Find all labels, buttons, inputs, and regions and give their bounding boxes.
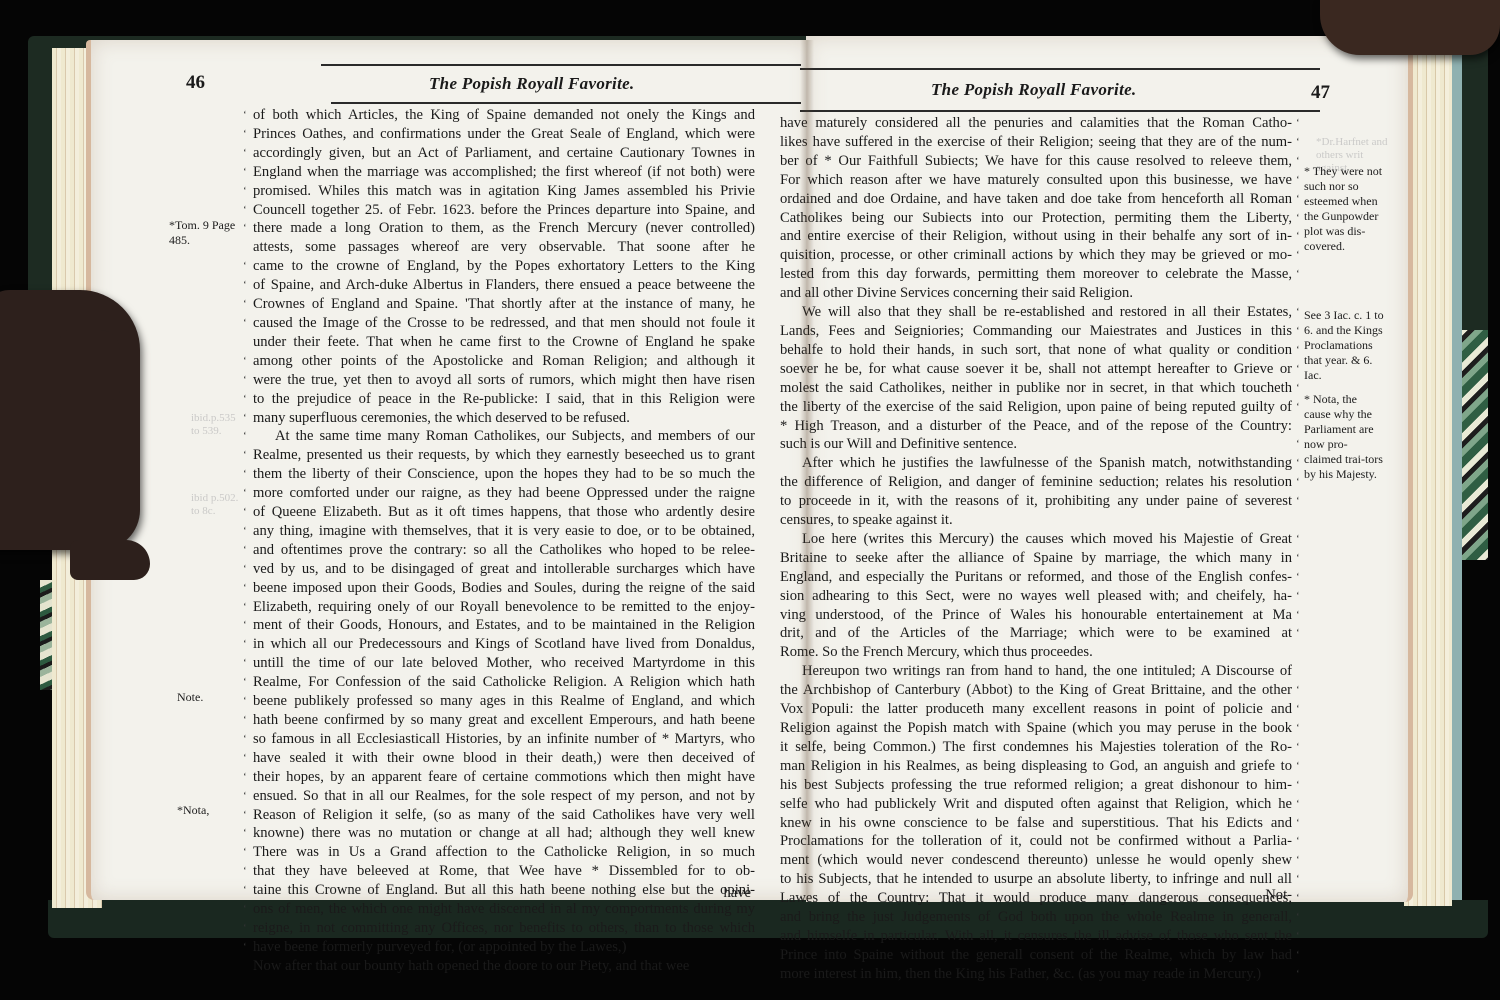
quote-mark (1296, 284, 1300, 303)
text-line: Now after that our bounty hath opened th… (253, 957, 755, 976)
quote-mark (1296, 417, 1300, 436)
text-line: have sealed it with their owne blood in … (253, 749, 755, 768)
text-line: Catholikes being our Subiects into our P… (780, 209, 1292, 228)
quote-mark: ‘ (1296, 322, 1300, 341)
quote-mark: ‘ (1296, 568, 1300, 587)
quote-mark: ‘ (243, 352, 247, 371)
quote-mark: ‘ (243, 371, 247, 390)
quote-mark (1296, 511, 1300, 530)
quote-mark: ‘ (243, 768, 247, 787)
quote-mark: ‘ (1296, 889, 1300, 908)
quote-mark: ‘ (1296, 398, 1300, 417)
quote-mark: ‘ (1296, 870, 1300, 889)
text-line: reigne, in not committing any Offices, n… (253, 919, 755, 938)
text-line: Hereupon two writings ran from hand to h… (780, 662, 1292, 681)
quote-mark: ‘ (243, 749, 247, 768)
text-line: have maturely considered all the penurie… (780, 114, 1292, 133)
quote-mark: ‘ (243, 427, 247, 446)
show-through-text: ibid p.502.to 8c. (191, 492, 238, 518)
text-line: to the prejudice of peace in the Re-publ… (253, 390, 755, 409)
text-line: Lawes of the Country: That it would prod… (780, 889, 1292, 908)
text-line: caused the Image of the Crosse to be red… (253, 314, 755, 333)
quote-mark: ‘ (1296, 171, 1300, 190)
text-line: Britaine to seeke after the alliance of … (780, 549, 1292, 568)
text-line: the liberty of the exercise of the said … (780, 398, 1292, 417)
flyleaf-right (1452, 40, 1462, 900)
text-line: untill the time of our late beloved Moth… (253, 654, 755, 673)
quote-mark: ‘ (243, 106, 247, 125)
quote-mark: ‘ (243, 862, 247, 881)
quote-mark: ‘ (243, 257, 247, 276)
quote-mark: ‘ (1296, 341, 1300, 360)
quote-mark: ‘ (243, 711, 247, 730)
quote-mark: ‘ (1296, 908, 1300, 927)
text-line: Realme, presented us their requests, by … (253, 446, 755, 465)
quote-mark (243, 957, 247, 976)
text-line: so famous in all Ecclesiasticall Histori… (253, 730, 755, 749)
quote-mark: ‘ (243, 125, 247, 144)
text-line: Princes Oathes, and confirmations under … (253, 125, 755, 144)
quote-mark: ‘ (1296, 209, 1300, 228)
text-line: ment (which would never condescend there… (780, 851, 1292, 870)
quote-mark: ‘ (1296, 681, 1300, 700)
text-line: sion adhearing to this Sect, were no way… (780, 587, 1292, 606)
quote-mark: ‘ (243, 673, 247, 692)
quote-mark: ‘ (243, 824, 247, 843)
quote-mark: ‘ (1296, 246, 1300, 265)
quote-mark: ‘ (1296, 814, 1300, 833)
book-clip-left-tab (70, 540, 150, 580)
text-line: At the same time many Roman Catholikes, … (253, 427, 755, 446)
text-line: ensued. So that in all our Realmes, for … (253, 787, 755, 806)
text-line: were the true, yet then to avoyd all sor… (253, 371, 755, 390)
margin-note: * Nota, the cause why the Parliament are… (1304, 392, 1384, 482)
text-line: Prince into Spaine without the generall … (780, 946, 1292, 965)
running-head: The Popish Royall Favorite. (429, 74, 634, 94)
quote-mark: ‘ (1296, 190, 1300, 209)
text-line: Reason of Religion it selfe, (so as many… (253, 806, 755, 825)
text-line: that they have beleeved at Rome, that We… (253, 862, 755, 881)
text-line: ving understood, of the Prince of Wales … (780, 606, 1292, 625)
text-line: and oftentimes prove the contrary: so al… (253, 541, 755, 560)
text-line: more comforted under our raigne, as they… (253, 484, 755, 503)
quote-mark: ‘ (1296, 851, 1300, 870)
quote-mark: ‘ (243, 295, 247, 314)
text-line: behalfe to hold their hands, in such sor… (780, 341, 1292, 360)
text-line: came to the crowne of England, by the Po… (253, 257, 755, 276)
margin-note: *Tom. 9 Page 485. (169, 218, 249, 248)
text-line: knew in his owne conscience to be false … (780, 814, 1292, 833)
quote-mark: ‘ (1296, 606, 1300, 625)
text-line: molest the said Catholikes, neither in p… (780, 379, 1292, 398)
left-page: 46 The Popish Royall Favorite. ‘‘‘‘‘‘‘ ‘… (86, 40, 811, 900)
quote-mark: ‘ (1296, 492, 1300, 511)
text-line: them the liberty of their Conscience, up… (253, 465, 755, 484)
text-line: to his Subjects, that he intended to usu… (780, 870, 1292, 889)
quote-mark: ‘ (243, 409, 247, 428)
text-line: lested from this day forwards, permittin… (780, 265, 1292, 284)
book-clip-left-tab (60, 330, 120, 400)
text-line: drit, and of the Articles of the Marriag… (780, 624, 1292, 643)
quote-mark: ‘ (1296, 379, 1300, 398)
text-line: taine this Crowne of England. But all th… (253, 881, 755, 900)
quote-mark: ‘ (243, 635, 247, 654)
text-line: to proceede in it, with the reasons of i… (780, 492, 1292, 511)
quote-mark: ‘ (1296, 360, 1300, 379)
text-line: and bring the just Judgements of God bot… (780, 908, 1292, 927)
quote-mark: ‘ (243, 522, 247, 541)
quote-mark: ‘ (243, 843, 247, 862)
quote-mark: ‘ (243, 484, 247, 503)
right-page: The Popish Royall Favorite. 47 have matu… (806, 36, 1413, 902)
quote-mark: ‘ (1296, 152, 1300, 171)
quote-mark (1296, 662, 1300, 681)
text-line: We will also that they shall be re-estab… (780, 303, 1292, 322)
header-rule-bottom (800, 110, 1320, 112)
margin-note: *Nota, (177, 803, 237, 818)
quote-mark: ‘ (1296, 133, 1300, 152)
quote-mark: ‘ (1296, 624, 1300, 643)
text-line: such is our Will and Definitive sentence… (780, 435, 1292, 454)
text-line: Proclamations for the tolleration of it,… (780, 832, 1292, 851)
text-line: Realme, For Confession of the said Catho… (253, 673, 755, 692)
text-line: censures, to speake against it. (780, 511, 1292, 530)
text-line: Rome. So the French Mercury, which thus … (780, 643, 1292, 662)
quote-mark: ‘ (1296, 265, 1300, 284)
quote-mark: ‘ (243, 144, 247, 163)
text-line: After which he justifies the lawfulnesse… (780, 454, 1292, 473)
quote-mark: ‘ (243, 446, 247, 465)
quote-mark: ‘ (1296, 549, 1300, 568)
quote-mark: ‘ (243, 541, 247, 560)
page-number: 47 (1311, 82, 1330, 104)
quote-mark: ‘ (243, 560, 247, 579)
text-line: and all other Divine Services concerning… (780, 284, 1292, 303)
quote-mark: ‘ (243, 787, 247, 806)
left-page-body: of both which Articles, the King of Spai… (253, 106, 755, 976)
text-line: many superfluous ceremonies, the which d… (253, 409, 755, 428)
show-through-text: ibid.p.535to 539. (191, 412, 236, 438)
quote-mark: ‘ (1296, 927, 1300, 946)
quote-mark: ‘ (1296, 719, 1300, 738)
quote-mark: ‘ (243, 314, 247, 333)
text-line: their hopes, by an apparent feare of cer… (253, 768, 755, 787)
header-rule-top (800, 68, 1320, 70)
quote-mark: ‘ (1296, 303, 1300, 322)
text-line: There was in Us a Grand affection to the… (253, 843, 755, 862)
text-line: promised. Whiles this match was in agita… (253, 182, 755, 201)
book-clip-left (0, 290, 140, 550)
text-line: under their feete. That when he came fir… (253, 333, 755, 352)
quote-mark: ‘ (243, 806, 247, 825)
quote-mark: ‘ (243, 201, 247, 220)
header-rule-bottom (331, 102, 801, 104)
quote-mark: ‘ (1296, 757, 1300, 776)
text-line: beene imposed upon their Goods, Bodies a… (253, 579, 755, 598)
right-page-body: have maturely considered all the penurie… (780, 114, 1292, 984)
quote-mark: ‘ (1296, 530, 1300, 549)
quote-mark: ‘ (1296, 738, 1300, 757)
text-line: England, and especially the Puritans or … (780, 568, 1292, 587)
text-line: Councell together 25. of Febr. 1623. bef… (253, 201, 755, 220)
running-head: The Popish Royall Favorite. (931, 80, 1136, 100)
text-line: Elizabeth, requiring onely of our Royall… (253, 598, 755, 617)
quote-mark: ‘ (1296, 227, 1300, 246)
margin-note: * They were not such nor so esteemed whe… (1304, 164, 1384, 254)
text-line: Vox Populi: the latter produceth many ex… (780, 700, 1292, 719)
quote-mark: ‘ (243, 503, 247, 522)
text-line: his best Subjects professing the true re… (780, 776, 1292, 795)
text-line: attests, some passages whereof are very … (253, 238, 755, 257)
text-line: have beene formerly purveyed for, (or ap… (253, 938, 755, 957)
quote-mark: ‘ (243, 730, 247, 749)
text-line: selfe who had publickely Writ and disput… (780, 795, 1292, 814)
quote-mark: ‘ (243, 881, 247, 900)
text-line: Religion against the Popish match with S… (780, 719, 1292, 738)
text-line: ordained and doe Ordaine, and have taken… (780, 190, 1292, 209)
quote-mark: ‘ (1296, 965, 1300, 984)
quote-mark: ‘ (1296, 946, 1300, 965)
quote-mark: ‘ (243, 598, 247, 617)
quote-mark: ‘ (243, 919, 247, 938)
text-line: knowne) there was no mutation or change … (253, 824, 755, 843)
quote-mark: ‘ (1296, 435, 1300, 454)
text-line: For which reason after we have maturely … (780, 171, 1292, 190)
quotation-marks-column: ‘‘‘‘‘‘‘‘‘ ‘‘‘‘‘‘ ‘‘‘‘ ‘‘‘‘‘‘ ‘‘‘‘‘‘‘‘‘‘‘… (1296, 114, 1300, 984)
text-line: more interest in him, then the King his … (780, 965, 1292, 984)
book-gutter (800, 40, 814, 900)
text-line: soever he be, for what cause soever it b… (780, 360, 1292, 379)
text-line: of both which Articles, the King of Spai… (253, 106, 755, 125)
text-line: any thing, imagine with themselves, that… (253, 522, 755, 541)
text-line: and himselfe in particular. With all, it… (780, 927, 1292, 946)
text-line: ved by us, and to be disingaged of great… (253, 560, 755, 579)
text-line: ber of * Our Faithfull Subiects; We have… (780, 152, 1292, 171)
quote-mark: ‘ (1296, 700, 1300, 719)
text-line: hath beene confirmed by so many great an… (253, 711, 755, 730)
text-line: the difference of Religion, and danger o… (780, 473, 1292, 492)
quote-mark: ‘ (243, 616, 247, 635)
text-line: the Archbishop of Canterbury (Abbot) to … (780, 681, 1292, 700)
text-line: Crownes of England and Spaine. 'That sho… (253, 295, 755, 314)
quote-mark: ‘ (243, 938, 247, 957)
quote-mark: ‘ (1296, 587, 1300, 606)
text-line: quisition, processe, or other criminall … (780, 246, 1292, 265)
quote-mark: ‘ (243, 390, 247, 409)
text-line: of Spaine, and Arch-duke Albertus in Fla… (253, 276, 755, 295)
quote-mark: ‘ (243, 276, 247, 295)
quote-mark: ‘ (243, 465, 247, 484)
text-line: there made a long Oration to them, as th… (253, 219, 755, 238)
quote-mark: ‘ (1296, 114, 1300, 133)
quote-mark: ‘ (243, 579, 247, 598)
text-line: ons of men, the which one might have dis… (253, 900, 755, 919)
text-line: beene publikely professed so many ages i… (253, 692, 755, 711)
header-rule-top (321, 64, 801, 66)
text-line: Lands, Fees and Seigniories; Commanding … (780, 322, 1292, 341)
quote-mark: ‘ (243, 182, 247, 201)
text-line: of Queene Elizabeth. But as it oft times… (253, 503, 755, 522)
page-number: 46 (186, 72, 205, 94)
quote-mark: ‘ (1296, 473, 1300, 492)
text-line: and entire exercise of their Religion, w… (780, 227, 1292, 246)
text-line: accordingly given, but an Act of Parliam… (253, 144, 755, 163)
text-line: it selfe, being Common.) The first conde… (780, 738, 1292, 757)
text-line: ment of their Goods, Honours, and Estate… (253, 616, 755, 635)
text-line: England when the marriage was accomplish… (253, 163, 755, 182)
quote-mark: ‘ (243, 654, 247, 673)
quote-mark (1296, 643, 1300, 662)
quote-mark: ‘ (243, 900, 247, 919)
text-line: in which all our Predecessours and Kings… (253, 635, 755, 654)
quote-mark: ‘ (243, 163, 247, 182)
text-line: * High Treason, and a disturber of the P… (780, 417, 1292, 436)
catchword: Not- (1242, 886, 1292, 905)
quote-mark: ‘ (1296, 795, 1300, 814)
margin-note: Note. (177, 690, 237, 705)
text-line: Loe here (writes this Mercury) the cause… (780, 530, 1292, 549)
text-line: among other points of the Apostolicke an… (253, 352, 755, 371)
text-line: likes have suffered in the exercise of t… (780, 133, 1292, 152)
quote-mark: ‘ (1296, 776, 1300, 795)
quote-mark: ‘ (1296, 454, 1300, 473)
margin-note: See 3 Iac. c. 1 to 6. and the Kings Proc… (1304, 308, 1384, 383)
quote-mark: ‘ (1296, 832, 1300, 851)
quote-mark: ‘ (243, 692, 247, 711)
text-line: man Religion in his Realmes, as being di… (780, 757, 1292, 776)
quote-mark (243, 333, 247, 352)
catchword: have (711, 884, 751, 903)
book-clip-right (1320, 0, 1500, 55)
